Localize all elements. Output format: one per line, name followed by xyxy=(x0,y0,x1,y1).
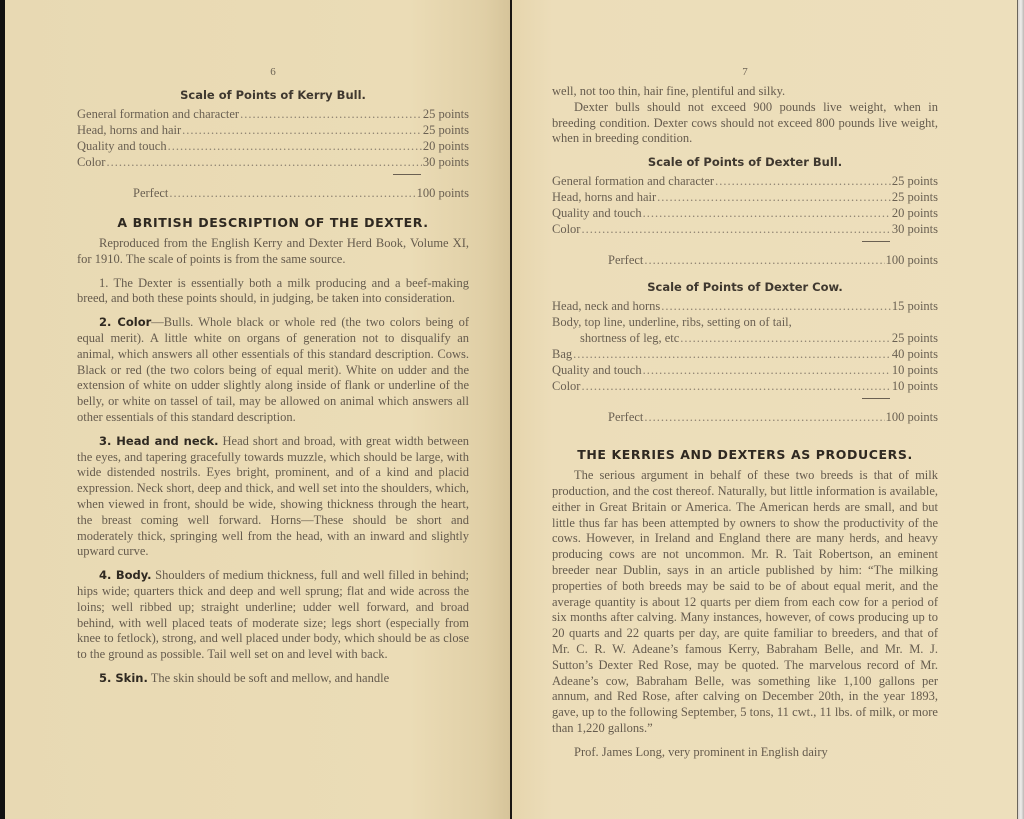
scale-label: Bag xyxy=(552,346,572,362)
scale-row: shortness of leg, etc25 points xyxy=(552,330,938,346)
scale-total-row: Perfect100 points xyxy=(552,409,938,425)
scale-total-row: Perfect100 points xyxy=(77,185,469,201)
leader-dots xyxy=(661,298,891,314)
leader-dots xyxy=(643,362,891,378)
scale-label: Color xyxy=(552,221,580,237)
item-5: 5. Skin. The skin should be soft and mel… xyxy=(77,671,469,687)
dexter-bull-scale-title: Scale of Points of Dexter Bull. xyxy=(552,155,938,169)
scale-label: shortness of leg, etc xyxy=(552,330,679,346)
item-number: 5. xyxy=(99,671,111,685)
item-heading: Head and neck. xyxy=(116,434,218,448)
item-3: 3. Head and neck. Head short and broad, … xyxy=(77,434,469,560)
leader-dots xyxy=(657,189,891,205)
scale-row: General formation and character25 points xyxy=(552,173,938,189)
scale-row: Bag40 points xyxy=(552,346,938,362)
dexter-cow-scale: Head, neck and horns15 points Body, top … xyxy=(552,298,938,425)
item-text: —Bulls. Whole black or whole red (the tw… xyxy=(77,315,469,424)
leader-dots xyxy=(182,122,422,138)
scale-value: 25 points xyxy=(892,189,938,205)
item-number: 1. xyxy=(99,276,108,290)
scale-value: 20 points xyxy=(423,138,469,154)
scale-value: 100 points xyxy=(886,409,938,425)
scale-label: General formation and character xyxy=(552,173,714,189)
total-rule xyxy=(862,241,890,242)
item-heading: Skin. xyxy=(115,671,147,685)
producers-paragraph: The serious argument in behalf of these … xyxy=(552,468,938,737)
scale-label: Perfect xyxy=(552,409,643,425)
scale-row: Quality and touch20 points xyxy=(77,138,469,154)
leader-dots xyxy=(715,173,891,189)
scale-value: 30 points xyxy=(892,221,938,237)
scale-label: Quality and touch xyxy=(77,138,167,154)
leader-dots xyxy=(581,378,890,394)
scale-value: 30 points xyxy=(423,154,469,170)
scale-value: 25 points xyxy=(423,106,469,122)
scale-value: 20 points xyxy=(892,205,938,221)
scale-row: Color30 points xyxy=(77,154,469,170)
item-heading: Body. xyxy=(116,568,152,582)
leader-dots xyxy=(573,346,891,362)
leader-dots xyxy=(581,221,890,237)
scale-row: Color30 points xyxy=(552,221,938,237)
leader-dots xyxy=(106,154,421,170)
scale-label: General formation and character xyxy=(77,106,239,122)
scale-row: Head, horns and hair25 points xyxy=(77,122,469,138)
scale-value: 10 points xyxy=(892,362,938,378)
scale-label: Color xyxy=(77,154,105,170)
item-text: The skin should be soft and mellow, and … xyxy=(151,671,389,685)
leader-dots xyxy=(168,138,422,154)
item-number: 2. xyxy=(99,315,111,329)
scale-value: 40 points xyxy=(892,346,938,362)
item-heading: Color xyxy=(117,315,151,329)
item-text: The Dexter is essentially both a milk pr… xyxy=(77,276,469,306)
item-text: Head short and broad, with great width b… xyxy=(77,434,469,559)
page-number: 6 xyxy=(77,66,469,84)
weights-paragraph: Dexter bulls should not exceed 900 pound… xyxy=(552,100,938,147)
scale-value: 25 points xyxy=(423,122,469,138)
right-page: 7 well, not too thin, hair fine, plentif… xyxy=(512,0,1017,819)
scale-value: 100 points xyxy=(886,252,938,268)
continuation-text: well, not too thin, hair fine, plentiful… xyxy=(552,84,938,100)
scale-value: 15 points xyxy=(892,298,938,314)
producers-paragraph: Prof. James Long, very prominent in Engl… xyxy=(552,745,938,761)
item-4: 4. Body. Shoulders of medium thickness, … xyxy=(77,568,469,663)
scale-row: Quality and touch20 points xyxy=(552,205,938,221)
scale-row: Head, horns and hair25 points xyxy=(552,189,938,205)
scale-row-wrapped: Body, top line, underline, ribs, setting… xyxy=(552,314,938,330)
scale-label: Head, horns and hair xyxy=(77,122,181,138)
leader-dots xyxy=(240,106,422,122)
right-page-content: 7 well, not too thin, hair fine, plentif… xyxy=(552,66,938,769)
scale-value: 25 points xyxy=(892,330,938,346)
kerry-bull-scale: General formation and character25 points… xyxy=(77,106,469,201)
scale-label: Color xyxy=(552,378,580,394)
scale-value: 25 points xyxy=(892,173,938,189)
scale-label: Perfect xyxy=(552,252,643,268)
scale-row: General formation and character25 points xyxy=(77,106,469,122)
producers-heading: THE KERRIES AND DEXTERS AS PRODUCERS. xyxy=(552,447,938,462)
scale-label: Head, neck and horns xyxy=(552,298,660,314)
leader-dots xyxy=(644,409,884,425)
dexter-cow-scale-title: Scale of Points of Dexter Cow. xyxy=(552,280,938,294)
scale-row: Color10 points xyxy=(552,378,938,394)
leader-dots xyxy=(169,185,415,201)
page-number: 7 xyxy=(552,66,938,84)
scale-value: 100 points xyxy=(417,185,469,201)
item-number: 3. xyxy=(99,434,111,448)
leader-dots xyxy=(643,205,891,221)
total-rule xyxy=(862,398,890,399)
intro-paragraph: Reproduced from the English Kerry and De… xyxy=(77,236,469,268)
item-1: 1. The Dexter is essentially both a milk… xyxy=(77,276,469,308)
dexter-bull-scale: General formation and character25 points… xyxy=(552,173,938,268)
leader-dots xyxy=(644,252,884,268)
scan-border-right xyxy=(1017,0,1024,819)
item-number: 4. xyxy=(99,568,111,582)
scale-label: Quality and touch xyxy=(552,205,642,221)
scale-label: Head, horns and hair xyxy=(552,189,656,205)
kerry-bull-scale-title: Scale of Points of Kerry Bull. xyxy=(77,88,469,102)
scale-label: Quality and touch xyxy=(552,362,642,378)
scale-row: Head, neck and horns15 points xyxy=(552,298,938,314)
scale-label: Perfect xyxy=(77,185,168,201)
scale-value: 10 points xyxy=(892,378,938,394)
scale-row: Quality and touch10 points xyxy=(552,362,938,378)
scale-total-row: Perfect100 points xyxy=(552,252,938,268)
leader-dots xyxy=(680,330,891,346)
british-description-heading: A BRITISH DESCRIPTION OF THE DEXTER. xyxy=(77,215,469,230)
left-page: 6 Scale of Points of Kerry Bull. General… xyxy=(5,0,510,819)
total-rule xyxy=(393,174,421,175)
left-page-content: 6 Scale of Points of Kerry Bull. General… xyxy=(77,66,469,695)
item-2: 2. Color—Bulls. Whole black or whole red… xyxy=(77,315,469,426)
